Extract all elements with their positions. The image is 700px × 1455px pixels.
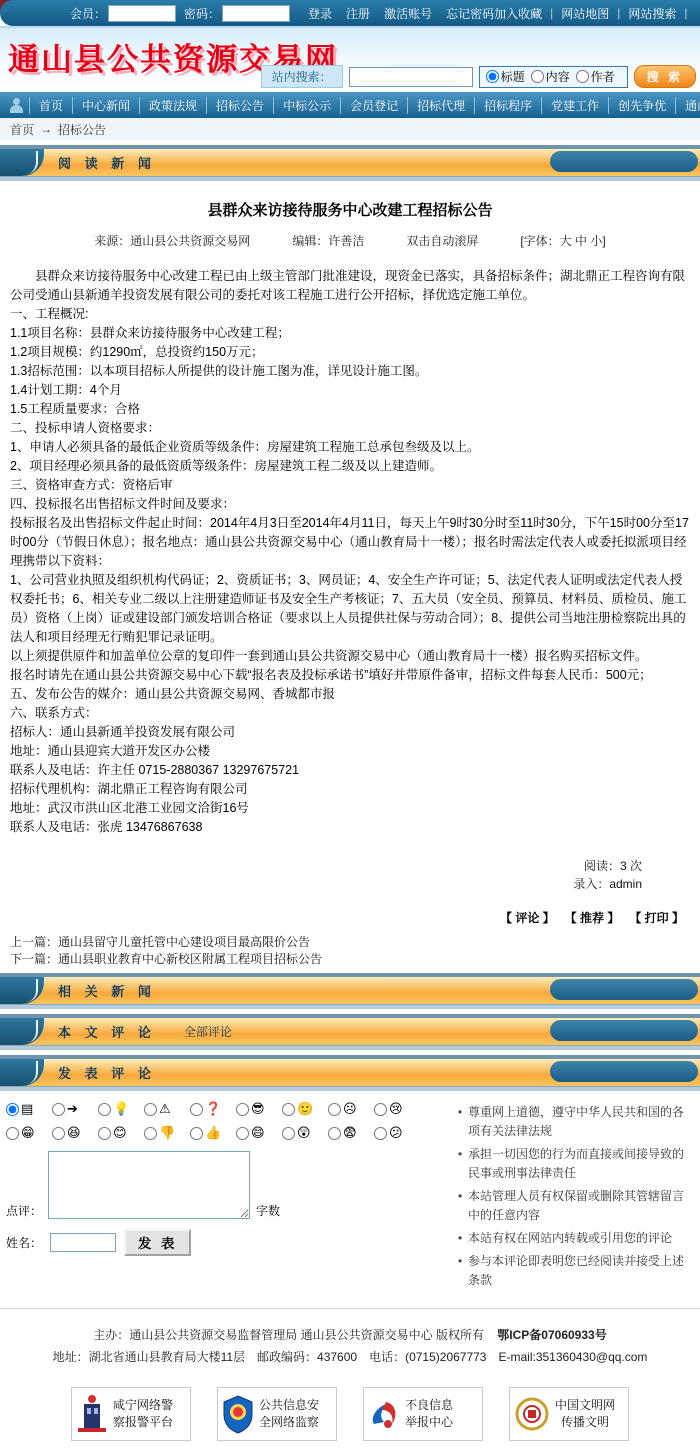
emoticon-option[interactable]: 😲 <box>282 1125 328 1141</box>
emoticon-option[interactable]: 😆 <box>52 1125 98 1141</box>
emoticon-option[interactable]: ⚠ <box>144 1101 190 1117</box>
article-paragraph: 联系人及电话：张虎 13476867638 <box>10 818 690 837</box>
prev-next-links: 上一篇：通山县留守儿童托管中心建设项目最高限价公告 下一篇：通山县职业教育中心新… <box>10 934 690 968</box>
sitemap-link[interactable]: 网站地图 <box>561 5 609 22</box>
banner-right-cap <box>550 1061 698 1082</box>
nav-item[interactable]: 党建工作 <box>541 97 608 114</box>
article-paragraph: 投标报名及出售招标文件起止时间：2014年4月3日至2014年4月11日，每天上… <box>10 514 690 571</box>
banner-bar: 相 关 新 闻 <box>0 977 700 1004</box>
topbar-right-links: 加入收藏| 网站地图| 网站搜索| 简繁默 <box>494 5 700 22</box>
site-header: 通山县公共资源交易网 站内搜索： 标题 内容 作者 搜 索 <box>0 26 700 92</box>
emoticon-option[interactable]: 😕 <box>374 1125 420 1141</box>
article-paragraph: 地址：通山县迎宾大道开发区办公楼 <box>10 742 690 761</box>
topbar-wrap: 会员： 密码： 登录注册激活账号忘记密码 加入收藏| 网站地图| 网站搜索| 简… <box>0 0 700 26</box>
emoticon-radio[interactable] <box>282 1103 295 1116</box>
article-paragraph: 招标人：通山县新通羊投资发展有限公司 <box>10 723 690 742</box>
emoticon-radio[interactable] <box>52 1103 65 1116</box>
article-paragraph: 2、项目经理必须具备的最低资质等级条件：房屋建筑工程二级及以上建造师。 <box>10 457 690 476</box>
name-label: 姓名： <box>6 1234 42 1251</box>
comment-rule: 本站管理人员有权保留或删除其管辖留言中的任意内容 <box>456 1187 684 1225</box>
emoticon-option[interactable]: 👎 <box>144 1125 190 1141</box>
separator: | <box>684 6 687 20</box>
read-news-banner: 阅 读 新 闻 <box>0 145 700 181</box>
article-body: 县群众来访接待服务中心改建工程已由上级主管部门批准建设，现资金已落实，具备招标条… <box>10 267 690 837</box>
topbar: 会员： 密码： 登录注册激活账号忘记密码 加入收藏| 网站地图| 网站搜索| 简… <box>0 0 700 26</box>
emoticon-option[interactable]: 🙂 <box>282 1101 328 1117</box>
comment-form: ▤ ➔ 💡 ⚠ ❓ 😎 🙂 ☹ 😢 😁 😆 😊 <box>6 1101 448 1294</box>
comment-rules: 尊重网上道德，遵守中华人民共和国的各项有关法律法规承担一切因您的行为而直接或间接… <box>456 1103 684 1294</box>
report-swoosh-icon <box>368 1394 400 1434</box>
read-info: 阅读：3 次 录入：admin <box>10 857 642 893</box>
search-bar: 站内搜索： 标题 内容 作者 搜 索 <box>261 65 696 88</box>
breadcrumb-current[interactable]: 招标公告 <box>58 121 106 138</box>
banner-strip <box>0 1004 700 1009</box>
emoticon-radio[interactable] <box>52 1127 65 1140</box>
emoticon-option[interactable]: ➔ <box>52 1101 98 1117</box>
emoticon-option[interactable]: 😢 <box>374 1101 420 1117</box>
emoticon-radio[interactable] <box>98 1127 111 1140</box>
emoticon-icon: 👎 <box>159 1125 175 1141</box>
emoticon-icon: ▤ <box>21 1101 33 1117</box>
host-text: 主办：通山县公共资源交易监督管理局 通山县公共资源交易中心 版权所有 <box>93 1328 484 1342</box>
search-scope-author[interactable]: 作者 <box>576 68 615 85</box>
badge-text: 公共信息安全网络监察 <box>259 1397 319 1431</box>
article-paragraph: 二、投标申请人资格要求： <box>10 419 690 438</box>
emoticon-option[interactable]: 😨 <box>328 1125 374 1141</box>
member-input[interactable] <box>108 5 176 22</box>
user-silhouette-icon <box>10 98 23 113</box>
article-paragraph: 1.3招标范围：以本项目招标人所提供的设计施工图为准，详见设计施工图。 <box>10 362 690 381</box>
article-paragraph: 1、公司营业执照及组织机构代码证；2、资质证书；3、网员证；4、安全生产许可证；… <box>10 571 690 647</box>
article-paragraph: 五、发布公告的媒介：通山县公共资源交易网、香城都市报 <box>10 685 690 704</box>
auth-link[interactable]: 激活账号 <box>384 5 432 22</box>
read-count: 阅读：3 次 <box>10 857 642 875</box>
separator: | <box>617 6 620 20</box>
badge-text: 不良信息举报中心 <box>405 1397 453 1431</box>
footer-address-line: 地址：湖北省通山县教育局大楼11层 邮政编码：437600 电话：(0715)2… <box>0 1348 700 1365</box>
comment-rule: 本站有权在网站内转载或引用您的评论 <box>456 1229 684 1248</box>
article-paragraph: 1.4计划工期：4个月 <box>10 381 690 400</box>
emoticon-radio[interactable] <box>190 1127 203 1140</box>
review-textarea[interactable] <box>48 1151 250 1219</box>
emoticon-icon: 😢 <box>389 1101 403 1117</box>
article-paragraph: 三、资格审查方式：资格后审 <box>10 476 690 495</box>
post-comment-banner: 发 表 评 论 <box>0 1055 700 1091</box>
article-editor: 编辑：许善洁 <box>292 232 364 249</box>
font-size-switcher[interactable]: [字体：大 中 小] <box>520 232 605 249</box>
emoticon-radio[interactable] <box>374 1103 387 1116</box>
separator: | <box>550 6 553 20</box>
emoticon-icon: 😨 <box>343 1125 357 1141</box>
emoticon-icon: ❓ <box>205 1101 221 1117</box>
comment-rule: 承担一切因您的行为而直接或间接导致的民事或刑事法律责任 <box>456 1145 684 1183</box>
article-paragraph: 报名时请先在通山县公共资源交易中心下载“报名表及投标承诺书”填好并带原件备审，招… <box>10 666 690 685</box>
breadcrumb-home[interactable]: 首页 <box>10 121 34 138</box>
nav-item[interactable]: 首页 <box>29 97 72 114</box>
article-paragraph: 县群众来访接待服务中心改建工程已由上级主管部门批准建设，现资金已落实，具备招标条… <box>10 267 690 305</box>
emoticon-radio[interactable] <box>98 1103 111 1116</box>
name-row: 姓名： 发 表 <box>6 1229 448 1256</box>
emoticon-icon: 😕 <box>389 1125 403 1141</box>
auth-links: 登录注册激活账号忘记密码 <box>308 5 494 22</box>
article-paragraph: 地址：武汉市洪山区北港工业园文洽街16号 <box>10 799 690 818</box>
article-paragraph: 四、投标报名出售招标文件时间及要求： <box>10 495 690 514</box>
emoticon-radio[interactable] <box>236 1127 249 1140</box>
article-paragraph: 联系人及电话：许主任 0715-2880367 13297675721 <box>10 761 690 780</box>
emoticon-icon: 😎 <box>251 1101 265 1117</box>
article-paragraph: 招标代理机构：湖北鼎正工程咨询有限公司 <box>10 780 690 799</box>
site-search-link[interactable]: 网站搜索 <box>628 5 676 22</box>
search-label: 站内搜索： <box>261 65 343 88</box>
comment-area: ▤ ➔ 💡 ⚠ ❓ 😎 🙂 ☹ 😢 😁 😆 😊 <box>0 1091 700 1300</box>
breadcrumb: 首页 → 招标公告 <box>0 118 700 140</box>
emoticon-option[interactable]: 😄 <box>236 1125 282 1141</box>
footer: 主办：通山县公共资源交易监督管理局 通山县公共资源交易中心 版权所有 鄂ICP备… <box>0 1308 700 1455</box>
emoticon-option[interactable]: 😎 <box>236 1101 282 1117</box>
emoticon-icon: 👍 <box>205 1125 221 1141</box>
shield-icon <box>222 1394 254 1434</box>
search-scope-radios: 标题 内容 作者 <box>479 66 628 88</box>
banner-bar: 本 文 评 论 全部评论 <box>0 1018 700 1045</box>
emoticon-radio[interactable] <box>190 1103 203 1116</box>
footer-badges: 咸宁网络警察报警平台 公共信息安全网络监察 不良信息举报中心 <box>0 1387 700 1455</box>
banner-label: 相 关 新 闻 <box>58 981 156 1000</box>
banner-label: 发 表 评 论 <box>58 1063 156 1082</box>
article-paragraph: 一、工程概况: <box>10 305 690 324</box>
breadcrumb-arrow-icon: → <box>40 122 52 136</box>
nav-item[interactable]: 中心新闻 <box>72 97 139 114</box>
article-title: 县群众来访接待服务中心改建工程招标公告 <box>10 199 690 220</box>
emoticon-icon: 😊 <box>113 1125 127 1141</box>
password-input[interactable] <box>222 5 290 22</box>
auth-link[interactable]: 登录 <box>308 5 332 22</box>
action-button[interactable]: 【 推荐 】 <box>565 909 620 926</box>
banner-label: 本 文 评 论 <box>58 1022 156 1041</box>
article-paragraph: 六、联系方式： <box>10 704 690 723</box>
emoticon-icon: ⚠ <box>159 1101 171 1117</box>
emoticon-radio[interactable] <box>6 1103 19 1116</box>
emoticon-option[interactable]: 😁 <box>6 1125 52 1141</box>
emoticon-icon: 😲 <box>297 1125 311 1141</box>
related-news-banner: 相 关 新 闻 <box>0 973 700 1009</box>
banner-bar: 发 表 评 论 <box>0 1059 700 1086</box>
auth-link[interactable]: 注册 <box>346 5 370 22</box>
search-button[interactable]: 搜 索 <box>634 65 696 88</box>
emoticon-radio[interactable] <box>144 1127 157 1140</box>
emoticon-radio[interactable] <box>374 1127 387 1140</box>
nav-item[interactable]: 招标代理 <box>407 97 474 114</box>
recorder: 录入：admin <box>10 875 642 893</box>
auth-link[interactable]: 忘记密码 <box>446 5 494 22</box>
radio-author[interactable] <box>576 70 589 83</box>
banner-strip <box>0 1045 700 1050</box>
emoticon-option[interactable]: 👍 <box>190 1125 236 1141</box>
badge-text: 中国文明网传播文明 <box>555 1397 615 1431</box>
emoticon-icon: 🙂 <box>297 1101 313 1117</box>
main-nav: 首页中心新闻政策法规招标公告中标公示会员登记招标代理招标程序党建工作创先争优通山… <box>0 92 700 118</box>
char-count-label: 字数 <box>256 1202 280 1219</box>
article-comments-banner: 本 文 评 论 全部评论 <box>0 1014 700 1050</box>
password-label: 密码： <box>184 5 220 22</box>
civilization-emblem-icon <box>514 1395 550 1433</box>
police-badge-icon <box>76 1394 108 1434</box>
radio-content[interactable] <box>531 70 544 83</box>
search-scope-content[interactable]: 内容 <box>531 68 570 85</box>
emoticon-picker: ▤ ➔ 💡 ⚠ ❓ 😎 🙂 ☹ 😢 😁 😆 😊 <box>6 1101 448 1141</box>
banner-right-cap <box>550 979 698 1000</box>
emoticon-icon: 😁 <box>21 1125 35 1141</box>
emoticon-icon: ☹ <box>343 1101 357 1117</box>
nav-items: 首页中心新闻政策法规招标公告中标公示会员登记招标代理招标程序党建工作创先争优通山… <box>29 97 700 114</box>
banner-bar: 阅 读 新 闻 <box>0 149 700 176</box>
article-meta: 来源：通山县公共资源交易网 编辑：许善洁 双击自动滚屏 [字体：大 中 小] <box>10 232 690 249</box>
emoticon-radio[interactable] <box>282 1127 295 1140</box>
badge-report-center[interactable]: 不良信息举报中心 <box>363 1387 483 1441</box>
article-paragraph: 1.1项目名称：县群众来访接待服务中心改建工程； <box>10 324 690 343</box>
emoticon-radio[interactable] <box>6 1127 19 1140</box>
emoticon-option[interactable]: ☹ <box>328 1101 374 1117</box>
next-article-link[interactable]: 下一篇：通山县职业教育中心新校区附属工程项目招标公告 <box>10 951 690 968</box>
radio-title[interactable] <box>486 70 499 83</box>
submit-comment-button[interactable]: 发 表 <box>124 1229 191 1256</box>
banner-left-cap <box>0 1018 44 1045</box>
nav-item[interactable]: 招标程序 <box>474 97 541 114</box>
emoticon-radio[interactable] <box>328 1127 341 1140</box>
banner-left-cap <box>0 1059 44 1086</box>
all-comments-link[interactable]: 全部评论 <box>184 1023 232 1040</box>
emoticon-radio[interactable] <box>328 1103 341 1116</box>
article-paragraph: 1.2项目规模：约1290㎡，总投资约150万元； <box>10 343 690 362</box>
emoticon-icon: 😆 <box>67 1125 81 1141</box>
article-paragraph: 1、申请人必须具备的最低企业资质等级条件：房屋建筑工程施工总承包叁级及以上。 <box>10 438 690 457</box>
action-button[interactable]: 【 评论 】 <box>500 909 555 926</box>
banner-right-cap <box>550 151 698 172</box>
autoscroll-toggle[interactable]: 双击自动滚屏 <box>406 232 478 249</box>
nav-item[interactable]: 中标公示 <box>273 97 340 114</box>
banner-left-cap <box>0 977 44 1004</box>
search-scope-title[interactable]: 标题 <box>486 68 525 85</box>
review-label: 点评： <box>6 1202 42 1219</box>
member-label: 会员： <box>70 5 106 22</box>
nav-item[interactable]: 政策法规 <box>139 97 206 114</box>
emoticon-radio[interactable] <box>236 1103 249 1116</box>
action-button[interactable]: 【 打印 】 <box>629 909 684 926</box>
comment-rule: 参与本评论即表明您已经阅读并接受上述条款 <box>456 1252 684 1290</box>
nav-item[interactable]: 创先争优 <box>608 97 675 114</box>
add-favorite-link[interactable]: 加入收藏 <box>494 5 542 22</box>
article-paragraph: 1.5工程质量要求：合格 <box>10 400 690 419</box>
emoticon-icon: 😄 <box>251 1125 265 1141</box>
badge-cyber-police[interactable]: 咸宁网络警察报警平台 <box>71 1387 191 1441</box>
emoticon-icon: 💡 <box>113 1101 129 1117</box>
emoticon-option[interactable]: 😊 <box>98 1125 144 1141</box>
badge-text: 咸宁网络警察报警平台 <box>113 1397 173 1431</box>
article: 县群众来访接待服务中心改建工程招标公告 来源：通山县公共资源交易网 编辑：许善洁… <box>0 181 700 968</box>
emoticon-option[interactable]: ▤ <box>6 1101 52 1117</box>
badge-public-info-security[interactable]: 公共信息安全网络监察 <box>217 1387 337 1441</box>
emoticon-radio[interactable] <box>144 1103 157 1116</box>
search-input[interactable] <box>349 67 473 87</box>
icp-number: 鄂ICP备07060933号 <box>497 1328 606 1342</box>
banner-label: 阅 读 新 闻 <box>58 153 156 172</box>
emoticon-option[interactable]: 💡 <box>98 1101 144 1117</box>
emoticon-option[interactable]: ❓ <box>190 1101 236 1117</box>
emoticon-icon: ➔ <box>67 1101 78 1117</box>
nav-item[interactable]: 通山县公共资源交易动态 <box>675 97 700 114</box>
prev-article-link[interactable]: 上一篇：通山县留守儿童托管中心建设项目最高限价公告 <box>10 934 690 951</box>
review-row: 点评： 字数 <box>6 1151 448 1219</box>
article-actions: 【 评论 】【 推荐 】【 打印 】 <box>10 909 684 926</box>
nav-item[interactable]: 会员登记 <box>340 97 407 114</box>
badge-civilization-net[interactable]: 中国文明网传播文明 <box>509 1387 629 1441</box>
name-input[interactable] <box>50 1233 116 1252</box>
article-paragraph: 以上须提供原件和加盖单位公章的复印件一套到通山县公共资源交易中心（通山教育局十一… <box>10 647 690 666</box>
footer-host-line: 主办：通山县公共资源交易监督管理局 通山县公共资源交易中心 版权所有 鄂ICP备… <box>0 1326 700 1343</box>
comment-rule: 尊重网上道德，遵守中华人民共和国的各项有关法律法规 <box>456 1103 684 1141</box>
article-source: 来源：通山县公共资源交易网 <box>94 232 250 249</box>
banner-right-cap <box>550 1020 698 1041</box>
nav-item[interactable]: 招标公告 <box>206 97 273 114</box>
banner-left-cap <box>0 149 44 176</box>
